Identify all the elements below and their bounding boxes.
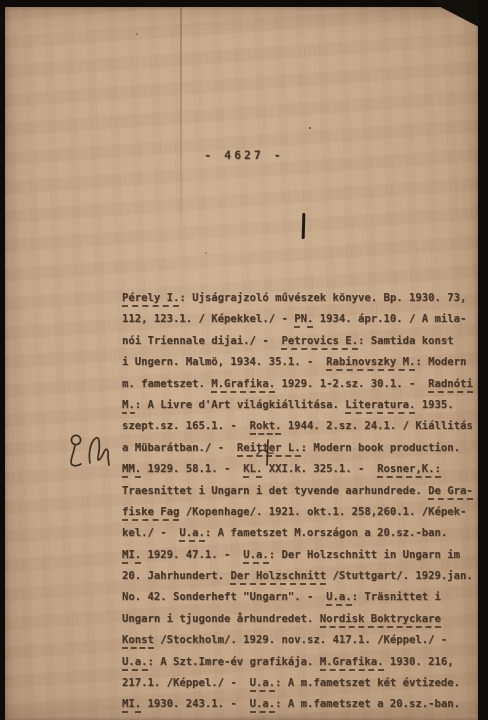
underlined-text-segment: U.a. xyxy=(326,591,352,606)
bibliography-line: 217.1. /Képpel./ - U.a.: A m.fametszet k… xyxy=(122,673,482,694)
text-segment: Ungarn i tjugonde århundredet. xyxy=(122,613,320,625)
text-segment: 1935. xyxy=(415,399,453,411)
text-segment: 1944. 2.sz. 24.1. / Kiállitás xyxy=(281,420,472,432)
text-segment: : A Szt.Imre-év grafikája. xyxy=(148,656,320,668)
underlined-text-segment: M.Grafika. xyxy=(320,656,384,671)
underlined-text-segment: PN. xyxy=(294,313,313,328)
paper-crease xyxy=(180,7,182,247)
text-segment: 20. Jahrhundert. xyxy=(122,570,230,582)
underlined-text-segment: Rabinovszky M. xyxy=(326,356,415,371)
bibliography-line: 112, 123.1. / Képekkel./ - PN. 1934. ápr… xyxy=(122,309,482,330)
underlined-text-segment: Rosner,K.: xyxy=(377,463,441,478)
bibliography-line: MI. 1929. 47.1. - U.a.: Der Holzschnitt … xyxy=(122,545,482,566)
text-segment: XXI.k. 325.1. - xyxy=(262,463,377,475)
bibliography-line: MI. 1930. 243.1. - U.a.: A m.fametszet a… xyxy=(122,694,482,715)
text-segment: 1929. 58.1. - xyxy=(141,463,243,475)
bibliography-line: Pérely I.: Ujságrajzoló művészek könyve.… xyxy=(122,288,482,309)
text-segment: i Ungern. Malmö, 1934. 35.1. - xyxy=(122,356,326,368)
text-segment: 112, 123.1. / Képekkel./ - xyxy=(122,313,294,325)
underlined-text-segment: fiske Fag xyxy=(122,506,179,521)
underlined-text-segment: MI. xyxy=(122,549,141,564)
text-segment: : A m.fametszet a 20.sz.-ban. xyxy=(275,698,460,710)
underlined-text-segment: Petrovics E. xyxy=(281,335,358,350)
bibliography-line: MM. 1929. 58.1. - KL. XXI.k. 325.1. - Ro… xyxy=(122,459,482,480)
text-segment: /Stuttgart/. 1929.jan. xyxy=(326,570,473,582)
bibliography-line: fiske Fag /Kopenhage/. 1921. okt.1. 258,… xyxy=(122,502,482,523)
underlined-text-segment: M.Grafika. xyxy=(211,378,275,393)
text-segment: m. fametszet. xyxy=(122,378,211,390)
bibliography-line: a Mübarátban./ - Reitter L.: Modern book… xyxy=(122,438,482,459)
bibliography-text: Pérely I.: Ujságrajzoló művészek könyve.… xyxy=(122,288,482,716)
underlined-text-segment: Der Holzschnitt xyxy=(230,570,326,585)
bibliography-line: U.a.: A Szt.Imre-év grafikája. M.Grafika… xyxy=(122,652,482,673)
bibliography-line: m. fametszet. M.Grafika. 1929. 1-2.sz. 3… xyxy=(122,374,482,395)
underlined-text-segment: Reitter L. xyxy=(237,442,301,457)
underlined-text-segment: MM. xyxy=(122,463,141,478)
page-number: - 4627 - xyxy=(0,148,488,162)
text-segment: szept.sz. 165.1. - xyxy=(122,420,250,432)
text-segment: 1929. 1-2.sz. 30.1. - xyxy=(275,378,428,390)
underlined-text-segment: U.a. xyxy=(250,677,276,692)
underlined-text-segment: Konst xyxy=(122,634,154,649)
text-segment: : Der Holzschnitt in Ungarn im xyxy=(269,549,460,561)
text-segment: : Träsnittet i xyxy=(352,591,441,603)
underlined-text-segment: Nordisk Boktryckare xyxy=(320,613,441,628)
underlined-text-segment: M. xyxy=(122,399,135,414)
text-segment: /Stockholm/. 1929. nov.sz. 417.1. /Képpe… xyxy=(154,634,447,646)
bibliography-line: M.: A Livre d'Art világkiállitása. Liter… xyxy=(122,395,482,416)
underlined-text-segment: KL. xyxy=(243,463,262,478)
text-segment: : Modern book production. xyxy=(301,442,460,454)
underlined-text-segment: MI. xyxy=(122,698,141,713)
text-segment: 217.1. /Képpel./ - xyxy=(122,677,250,689)
underlined-text-segment: De Gra- xyxy=(428,485,473,500)
underlined-text-segment: Pérely I. xyxy=(122,292,179,307)
underlined-text-segment: Literatura. xyxy=(345,399,415,414)
bibliography-line: kel./ - U.a.: A fametszet M.országon a 2… xyxy=(122,523,482,544)
bibliography-line: Konst /Stockholm/. 1929. nov.sz. 417.1. … xyxy=(122,630,482,651)
text-segment: : Samtida konst xyxy=(358,335,454,347)
bibliography-line: Ungarn i tjugonde århundredet. Nordisk B… xyxy=(122,609,482,630)
text-segment: : A m.fametszet két évtizede. xyxy=(275,677,460,689)
text-segment: a Mübarátban./ - xyxy=(122,442,237,454)
bibliography-line: 20. Jahrhundert. Der Holzschnitt /Stuttg… xyxy=(122,566,482,587)
underlined-text-segment: U.a. xyxy=(179,527,205,542)
text-segment: nói Triennale dijai./ - xyxy=(122,335,281,347)
bibliography-line: i Ungern. Malmö, 1934. 35.1. - Rabinovsz… xyxy=(122,352,482,373)
text-segment: : A Livre d'Art világkiállitása. xyxy=(135,399,345,411)
underlined-text-segment: U.a. xyxy=(250,698,276,713)
text-segment: : Modern xyxy=(415,356,466,368)
bibliography-line: No. 42. Sonderheft "Ungarn". - U.a.: Trä… xyxy=(122,587,482,608)
underlined-text-segment: Rokt. xyxy=(250,420,282,435)
bibliography-line: Traesnittet i Ungarn i det tyvende aarhu… xyxy=(122,481,482,502)
text-segment: 1929. 47.1. - xyxy=(141,549,243,561)
underlined-text-segment: Radnóti xyxy=(428,378,473,393)
text-segment: 1934. ápr.10. / A mila- xyxy=(313,313,466,325)
text-segment: 1930. 243.1. - xyxy=(141,698,249,710)
text-segment: Traesnittet i Ungarn i det tyvende aarhu… xyxy=(122,485,428,497)
text-segment: kel./ - xyxy=(122,527,179,539)
underlined-text-segment: U.a. xyxy=(243,549,269,564)
underlined-text-segment: U.a. xyxy=(122,656,148,671)
text-segment: : A fametszet M.országon a 20.sz.-ban. xyxy=(205,527,447,539)
text-segment: No. 42. Sonderheft "Ungarn". - xyxy=(122,591,326,603)
bibliography-line: nói Triennale dijai./ - Petrovics E.: Sa… xyxy=(122,331,482,352)
text-segment: : Ujságrajzoló művészek könyve. Bp. 1930… xyxy=(179,292,466,304)
scanned-document-page: { "page": { "number_label": "- 4627 -" }… xyxy=(0,0,488,720)
text-segment: 1930. 216, xyxy=(384,656,454,668)
bibliography-line: szept.sz. 165.1. - Rokt. 1944. 2.sz. 24.… xyxy=(122,416,482,437)
text-segment: /Kopenhage/. 1921. okt.1. 258,260.1. /Ké… xyxy=(179,506,466,518)
